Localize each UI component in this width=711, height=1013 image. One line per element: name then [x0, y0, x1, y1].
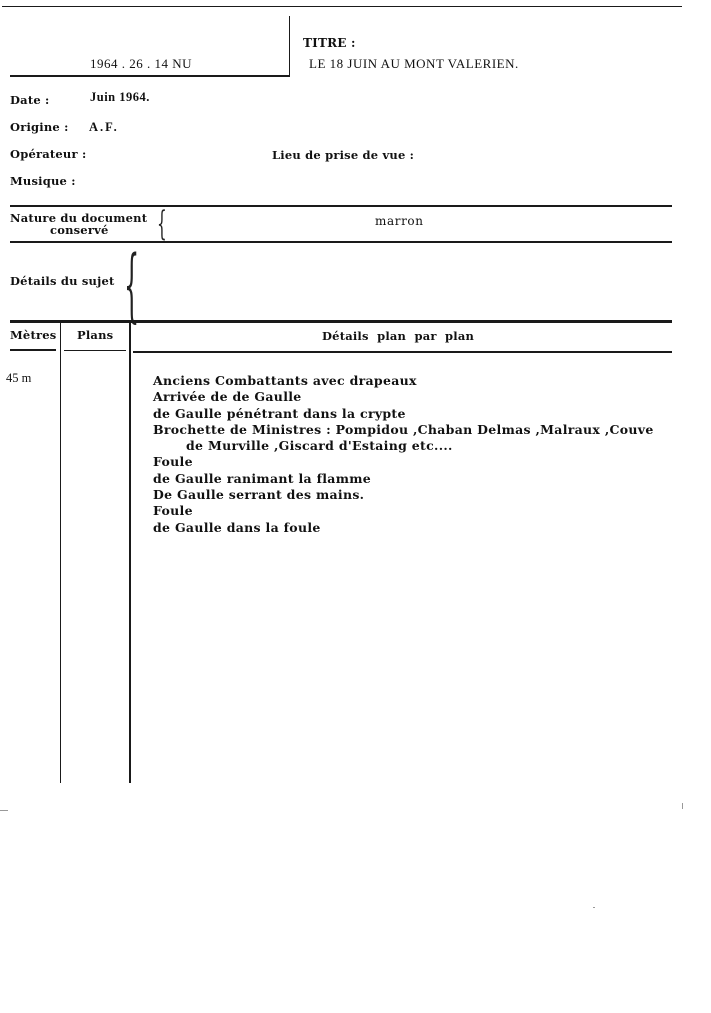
detail-line: de Murville ,Giscard d'Estaing etc.... [153, 438, 654, 454]
titre-label: TITRE : [303, 36, 356, 50]
top-rule [2, 6, 682, 7]
detail-line: Anciens Combattants avec drapeaux [153, 373, 654, 389]
reference-box-bottom-border [10, 75, 290, 77]
plans-header-underline [64, 350, 126, 351]
date-value: Juin 1964. [90, 90, 150, 105]
nature-bottom-rule [10, 241, 672, 243]
nature-label-line2: conservé [50, 223, 108, 237]
detail-line: Foule [153, 454, 654, 470]
musique-label: Musique : [10, 174, 76, 188]
details-sujet-bottom-rule [10, 320, 672, 323]
col-divider-metres-plans [60, 322, 61, 783]
operateur-label: Opérateur : [10, 147, 86, 161]
col-divider-plans-details [129, 322, 131, 783]
scan-speck [0, 810, 8, 811]
detail-line: de Gaulle dans la foule [153, 520, 654, 536]
column-header-metres: Mètres [10, 328, 56, 342]
date-label: Date : [10, 93, 50, 107]
details-plan-list: Anciens Combattants avec drapeaux Arrivé… [153, 373, 654, 536]
detail-line: Brochette de Ministres : Pompidou ,Chaba… [153, 422, 654, 438]
column-header-plans: Plans [77, 328, 113, 342]
detail-line: de Gaulle pénétrant dans la crypte [153, 406, 654, 422]
reference-number: 1964 . 26 . 14 NU [90, 56, 192, 72]
nature-top-rule [10, 205, 672, 207]
detail-line: De Gaulle serrant des mains. [153, 487, 654, 503]
details-header-underline [133, 351, 672, 353]
scan-speck [593, 907, 595, 908]
details-sujet-label: Détails du sujet [10, 274, 115, 288]
column-header-details: Détails plan par plan [322, 329, 474, 343]
detail-line: Foule [153, 503, 654, 519]
origine-value: A.F. [89, 120, 119, 135]
nature-brace-icon: { [157, 207, 167, 241]
metres-header-underline [10, 349, 56, 351]
metres-value: 45 m [6, 371, 31, 386]
titre-value: LE 18 JUIN AU MONT VALERIEN. [309, 56, 519, 72]
detail-line: Arrivée de de Gaulle [153, 389, 654, 405]
reference-box-right-border [289, 16, 290, 77]
details-sujet-brace-icon: { [124, 245, 139, 325]
origine-label: Origine : [10, 120, 69, 134]
detail-line: de Gaulle ranimant la flamme [153, 471, 654, 487]
scan-speck [682, 803, 683, 809]
nature-value: marron [375, 214, 424, 228]
lieu-label: Lieu de prise de vue : [272, 148, 414, 162]
